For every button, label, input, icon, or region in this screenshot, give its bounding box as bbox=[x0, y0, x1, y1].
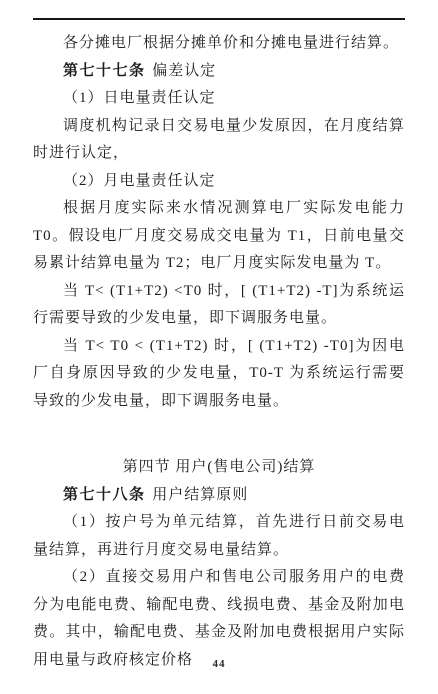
article-title: 用户结算原则 bbox=[152, 487, 248, 503]
paragraph: 调度机构记录日交易电量少发原因，在月度结算时进行认定， bbox=[33, 113, 405, 168]
article-number: 第七十八条 bbox=[63, 487, 146, 503]
header-rule bbox=[33, 18, 405, 20]
article-title: 偏差认定 bbox=[152, 63, 216, 79]
list-item: （1）按户号为单元结算，首先进行日前交易电量结算，再进行月度交易电量结算。 bbox=[33, 509, 405, 564]
paragraph: 各分摊电厂根据分摊单价和分摊电量进行结算。 bbox=[33, 30, 405, 58]
paragraph: 当 T< (T1+T2) <T0 时，[ (T1+T2) -T]为系统运行需要导… bbox=[33, 278, 405, 333]
document-body: 各分摊电厂根据分摊单价和分摊电量进行结算。 第七十七条偏差认定 （1）日电量责任… bbox=[33, 30, 405, 674]
paragraph: 根据月度实际来水情况测算电厂实际发电能力 T0。假设电厂月度交易成交电量为 T1… bbox=[33, 195, 405, 278]
page-number: 44 bbox=[0, 658, 438, 670]
section-heading: 第四节 用户(售电公司)结算 bbox=[33, 454, 405, 482]
article-heading: 第七十七条偏差认定 bbox=[33, 58, 405, 86]
document-page: 各分摊电厂根据分摊单价和分摊电量进行结算。 第七十七条偏差认定 （1）日电量责任… bbox=[0, 0, 438, 694]
article-number: 第七十七条 bbox=[63, 63, 146, 79]
article-heading: 第七十八条用户结算原则 bbox=[33, 482, 405, 510]
paragraph: 当 T< T0 < (T1+T2) 时，[ (T1+T2) -T0]为因电厂自身… bbox=[33, 333, 405, 416]
list-item: （2）月电量责任认定 bbox=[33, 168, 405, 196]
list-item: （1）日电量责任认定 bbox=[33, 85, 405, 113]
